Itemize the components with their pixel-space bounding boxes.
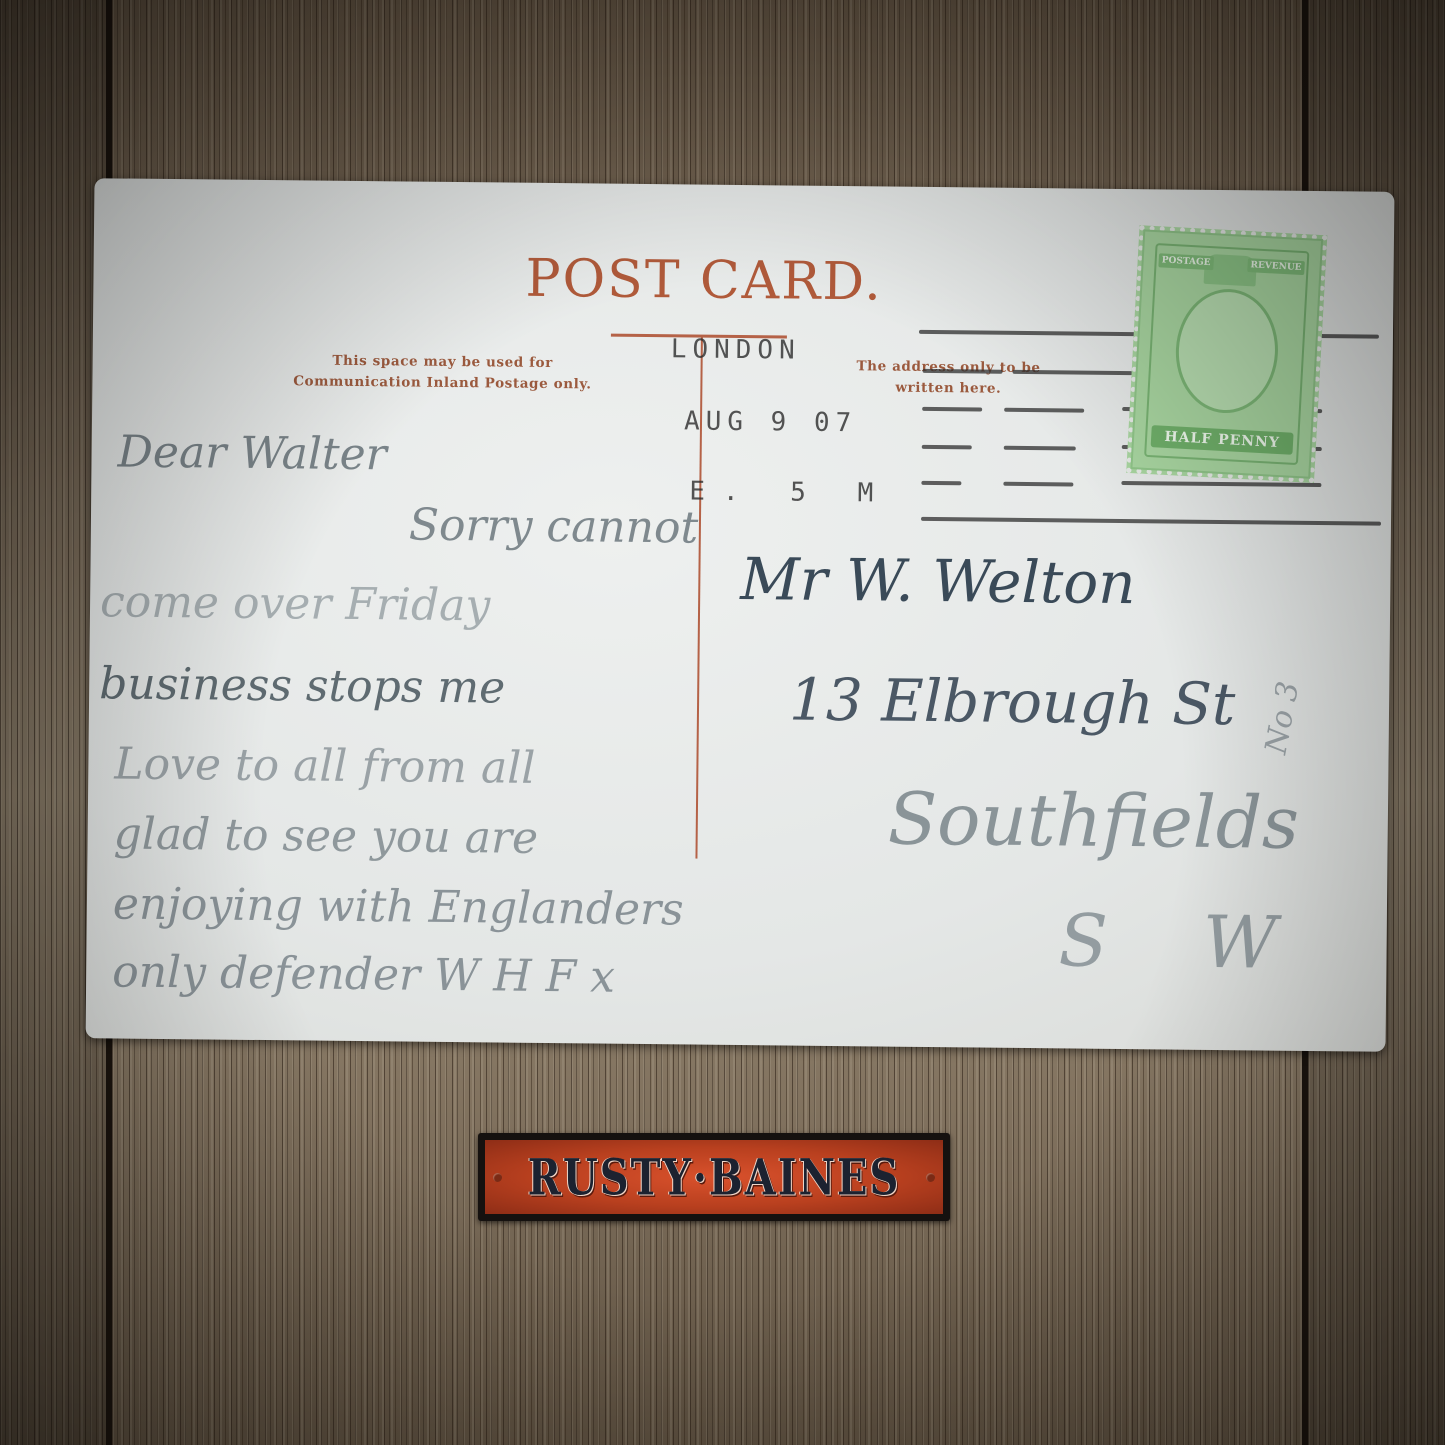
message-line: business stops me	[99, 658, 505, 713]
address-district: Southfields	[887, 777, 1299, 865]
message-line: enjoying with Englanders	[113, 878, 684, 935]
message-line: glad to see you are	[113, 808, 538, 863]
logo-text: RUSTY·BAINES	[528, 1148, 901, 1207]
message-side-note: This space may be used for Communication…	[232, 350, 652, 396]
message-line: Love to all from all	[114, 738, 536, 793]
margin-note: No 3	[1259, 679, 1307, 757]
postmark-date: AUG 9 07	[684, 406, 858, 438]
address-postal-area: S W	[1058, 898, 1313, 985]
address-name: Mr W. Welton	[740, 545, 1136, 617]
postmark-time: E. 5 M	[689, 476, 891, 508]
stamp-label-revenue: REVENUE	[1247, 258, 1305, 275]
message-line: only defender W H F x	[112, 946, 615, 1002]
message-line: Sorry cannot	[409, 500, 699, 554]
message-line: come over Friday	[100, 576, 491, 631]
address-side-note: The address only to be written here.	[828, 356, 1068, 401]
rivet-icon	[926, 1173, 935, 1182]
stamp-label-postage: POSTAGE	[1158, 253, 1214, 270]
postcard-title: POST CARD.	[525, 249, 883, 313]
postcard: POST CARD. This space may be used for Co…	[86, 178, 1395, 1052]
message-line: Dear Walter	[117, 426, 387, 480]
rivet-icon	[493, 1173, 502, 1182]
half-penny-stamp: POSTAGE REVENUE HALF PENNY	[1126, 225, 1327, 483]
logo-plate: RUSTY·BAINES	[485, 1140, 943, 1214]
rusty-baines-logo: RUSTY·BAINES	[478, 1133, 950, 1221]
postmark-city: LONDON	[671, 334, 801, 365]
address-street: 13 Elbrough St	[789, 666, 1236, 739]
